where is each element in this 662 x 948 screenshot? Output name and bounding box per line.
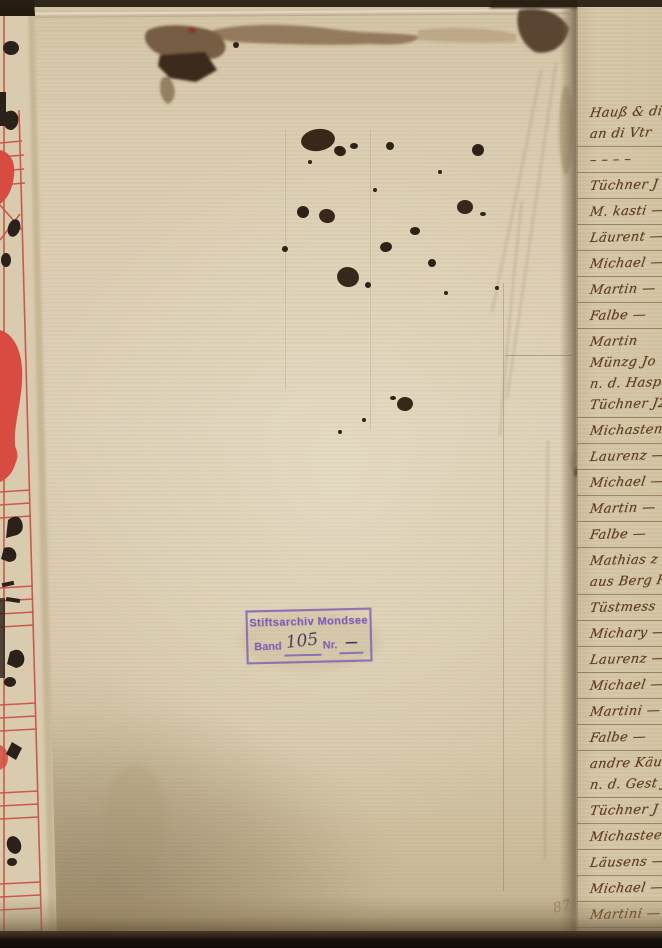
- register-entry-text: Martini —: [588, 700, 662, 723]
- stamp-band-value: 105: [285, 629, 319, 652]
- register-row: Martini —: [577, 699, 662, 725]
- ink-spot: [300, 127, 337, 154]
- register-entry-text: Tüchner J2: [588, 393, 662, 416]
- register-entry-text: Michastee: [588, 825, 662, 848]
- ink-spot: [396, 396, 413, 412]
- ink-spot: [410, 227, 420, 235]
- ink-spot: [233, 42, 239, 48]
- register-row: Martin —: [577, 277, 662, 303]
- register-row: Martin —: [577, 496, 662, 522]
- register-row: MartinMünzg Jon. d. HaspaTüchner J2: [577, 329, 662, 418]
- ink-spot: [472, 144, 484, 156]
- register-row: Läurent —: [577, 225, 662, 251]
- ink-spot: [438, 170, 442, 174]
- register-row: Michael —: [577, 251, 662, 277]
- ink-spot: [297, 206, 309, 218]
- register-row: Tüchner J: [577, 798, 662, 824]
- ink-spots: [233, 42, 499, 434]
- register-entry-text: Falbe —: [588, 726, 662, 749]
- register-entry-text: Michael —: [588, 674, 662, 697]
- register-row: Falbe —: [577, 522, 662, 548]
- register-entry-text: – – – –: [588, 148, 662, 171]
- ink-spot: [282, 246, 288, 252]
- register-entry-text: M. kasti —: [588, 200, 662, 223]
- paper-creases: [492, 62, 556, 860]
- stamp-band-label: Band: [254, 641, 282, 654]
- register-row: Michael —: [577, 673, 662, 699]
- register-entry-text: Tüchner J: [588, 799, 662, 822]
- ink-spot: [379, 241, 393, 253]
- register-row: Falbe —: [577, 725, 662, 751]
- register-entry-text: Falbe —: [588, 304, 662, 327]
- right-page-edge: Hauß & dinsan di Vtr– – – –Tüchner JM. k…: [577, 0, 662, 948]
- register-entry-text: n. d. Haspa: [588, 372, 662, 395]
- register-entry-text: Martin: [588, 330, 662, 353]
- register-entry-text: Martin —: [588, 497, 662, 520]
- register-entry-text: Michasten: [588, 419, 662, 442]
- register-row: andre Käusn. d. Gest J: [577, 751, 662, 798]
- register-entry-text: Mathias z a: [588, 549, 662, 572]
- register-entry-text: n. d. Gest J: [588, 773, 662, 796]
- register-row: Läusens —: [577, 850, 662, 876]
- register-row: – – – –: [577, 147, 662, 173]
- bottom-binding-shadow: [0, 931, 662, 948]
- ink-spot: [350, 143, 358, 149]
- stamp-archive-name: Stiftsarchiv Mondsee: [248, 615, 370, 630]
- register-rows: Hauß & dinsan di Vtr– – – –Tüchner JM. k…: [577, 100, 662, 948]
- register-entry-text: Tüstmess: [588, 596, 662, 619]
- register-row: Laurenz —: [577, 444, 662, 470]
- top-binding-shadow: [0, 0, 662, 7]
- register-entry-text: Läusens —: [588, 851, 662, 874]
- register-row: Michael —: [577, 470, 662, 496]
- register-entry-text: andre Käus: [588, 752, 662, 775]
- register-row: M. kasti —: [577, 199, 662, 225]
- ink-spot: [365, 282, 371, 288]
- register-row: Michary —: [577, 621, 662, 647]
- ink-spot: [373, 188, 377, 192]
- register-row: Falbe —: [577, 303, 662, 329]
- register-entry-text: Martin —: [588, 278, 662, 301]
- register-entry-text: aus Berg R: [588, 570, 662, 593]
- ink-spot: [335, 265, 361, 289]
- register-entry-text: Tüchner J: [588, 174, 662, 197]
- ink-spot: [317, 207, 336, 225]
- ink-spot: [308, 160, 312, 164]
- register-row: Hauß & dinsan di Vtr: [577, 100, 662, 147]
- book-scan: Stiftsarchiv Mondsee Band105Nr.— Hauß & …: [0, 0, 662, 948]
- ink-spot: [333, 144, 348, 158]
- register-entry-text: Laurenz —: [588, 648, 662, 671]
- register-row: Laurenz —: [577, 647, 662, 673]
- register-entry-text: Laurenz —: [588, 445, 662, 468]
- register-entry-text: Hauß & dins: [588, 101, 662, 124]
- ink-spot: [444, 291, 448, 295]
- register-row: Tüstmess: [577, 595, 662, 621]
- bottom-page-curl: [0, 896, 662, 934]
- register-entry-text: Läurent —: [588, 226, 662, 249]
- stamp-fields: Band105Nr.—: [254, 633, 364, 658]
- ink-spot: [495, 286, 499, 290]
- stamp-nr-label: Nr.: [323, 639, 338, 651]
- parchment-binding-strip: [0, 0, 57, 948]
- ink-spot: [480, 212, 486, 216]
- ink-spot: [457, 200, 473, 214]
- register-row: Tüchner J: [577, 173, 662, 199]
- ink-spot: [386, 142, 394, 150]
- page-gutter: [560, 0, 578, 948]
- ink-spot: [338, 430, 342, 434]
- register-entry-text: Münzg Jo: [588, 351, 662, 374]
- register-entry-text: Michael —: [588, 252, 662, 275]
- register-row: Michasten: [577, 418, 662, 444]
- stamp-nr-value: —: [345, 635, 358, 650]
- register-entry-text: an di Vtr: [588, 122, 662, 145]
- ink-spot: [390, 396, 396, 400]
- register-entry-text: Michael —: [588, 471, 662, 494]
- register-row: Michastee: [577, 824, 662, 850]
- register-entry-text: Michary —: [588, 622, 662, 645]
- ink-spot: [428, 259, 436, 267]
- ink-spot: [362, 418, 366, 422]
- register-entry-text: Falbe —: [588, 523, 662, 546]
- register-row: Mathias z aaus Berg R: [577, 548, 662, 595]
- archive-stamp: Stiftsarchiv Mondsee Band105Nr.—: [245, 607, 372, 664]
